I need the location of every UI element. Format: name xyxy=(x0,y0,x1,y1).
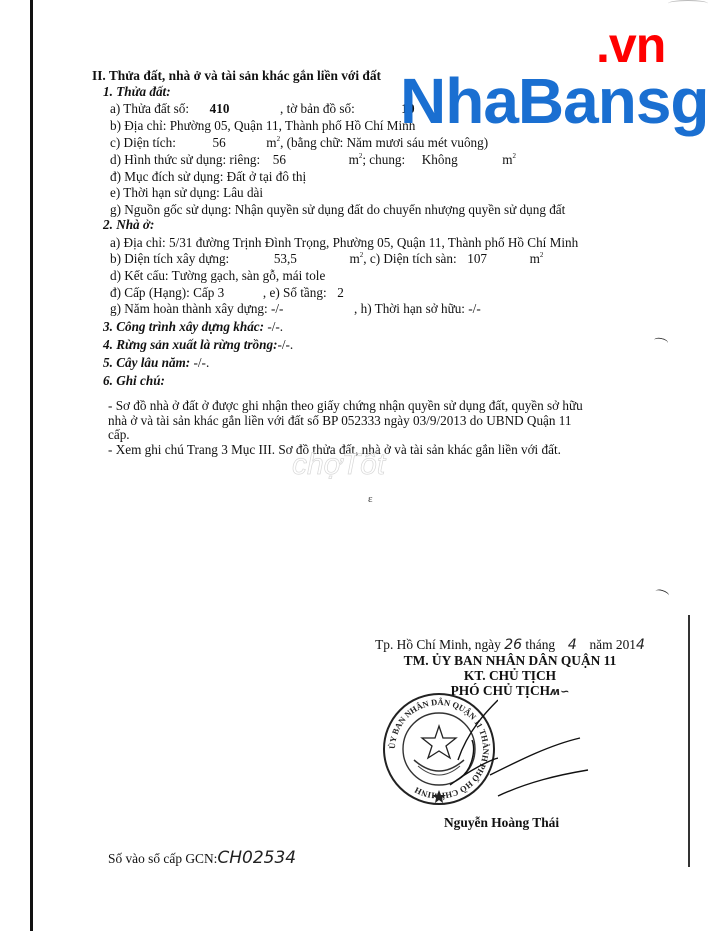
parcel-row: a) Thửa đất số: 410 , tờ bản đồ số: 10 xyxy=(110,101,415,117)
note-line: cấp. xyxy=(108,427,130,443)
usage-form-label: d) Hình thức sử dụng: riêng: xyxy=(110,152,260,167)
house-address: 5/31 đường Trịnh Đình Trọng, Phường 05, … xyxy=(169,235,578,250)
usage-unit: m xyxy=(349,152,359,167)
other-item-heading: 5. Cây lâu năm: xyxy=(103,355,190,370)
note-line: nhà ở và tài sản khác gắn liền với đất s… xyxy=(108,413,571,429)
floor-area-value: 107 xyxy=(467,251,487,266)
other-item-heading: 3. Công trình xây dựng khác: xyxy=(103,319,264,334)
origin-label: g) Nguồn gốc sử dụng: xyxy=(110,202,231,217)
origin-value: Nhận quyền sử dụng đất do chuyển nhượng … xyxy=(235,202,566,217)
origin-row: g) Nguồn gốc sử dụng: Nhận quyền sử dụng… xyxy=(110,202,565,218)
house-heading: 2. Nhà ở: xyxy=(103,217,154,233)
signature-date: Tp. Hồ Chí Minh, ngày 26 tháng 4 năm 201… xyxy=(340,637,680,653)
registry-row: Số vào sổ cấp GCN:CH02534 xyxy=(108,848,296,868)
signature-stroke-icon xyxy=(480,720,590,800)
structure-row: d) Kết cấu: Tường gạch, sàn gỗ, mái tole xyxy=(110,268,325,284)
land-address-label: b) Địa chỉ: xyxy=(110,118,166,133)
completion-row: g) Năm hoàn thành xây dựng: -/- , h) Thờ… xyxy=(110,301,481,317)
structure-value: Tường gạch, sàn gỗ, mái tole xyxy=(172,268,326,283)
other-item: 5. Cây lâu năm: -/-. xyxy=(103,355,209,371)
land-address: Phường 05, Quận 11, Thành phố Hồ Chí Min… xyxy=(170,118,416,133)
usage-shared-label: ; chung: xyxy=(362,152,405,167)
other-item-heading: 4. Rừng sản xuất là rừng trồng: xyxy=(103,337,277,352)
grade-row: đ) Cấp (Hạng): Cấp 3 , e) Số tầng: 2 xyxy=(110,285,344,301)
built-area-value: 53,5 xyxy=(274,251,297,266)
grade-value: Cấp 3 xyxy=(193,285,224,300)
signing-organization: TM. ỦY BAN NHÂN DÂN QUẬN 11 xyxy=(340,653,680,668)
year-label: năm 201 xyxy=(589,637,636,652)
brand-watermark: NhaBansg xyxy=(400,66,709,136)
area-in-words: , (bằng chữ: Năm mươi sáu mét vuông) xyxy=(280,135,488,150)
floor-area-label: , c) Diện tích sàn: xyxy=(363,251,456,266)
parcel-number: 410 xyxy=(210,101,230,116)
usage-shared-unit: m xyxy=(502,152,512,167)
term-row: e) Thời hạn sử dụng: Lâu dài xyxy=(110,185,263,201)
ownership-term-label: , h) Thời hạn sở hữu: xyxy=(354,301,465,316)
floors-value: 2 xyxy=(337,285,344,300)
built-area-row: b) Diện tích xây dựng: 53,5 m2, c) Diện … xyxy=(110,251,543,267)
completion-value: -/- xyxy=(271,301,283,316)
term-value: Lâu dài xyxy=(223,185,263,200)
signing-title-1: KT. CHỦ TỊCH xyxy=(340,668,680,683)
scan-mark xyxy=(668,0,708,7)
scan-mark xyxy=(654,588,669,599)
date-day: 26 xyxy=(504,637,522,653)
land-heading: 1. Thửa đất: xyxy=(103,84,171,100)
purpose-label: đ) Mục đích sử dụng: xyxy=(110,169,223,184)
date-year-hand: 4 xyxy=(636,637,645,653)
area-row: c) Diện tích: 56 m2, (bằng chữ: Năm mươi… xyxy=(110,135,488,151)
registry-number: CH02534 xyxy=(217,848,296,868)
purpose-row: đ) Mục đích sử dụng: Đất ở tại đô thị xyxy=(110,169,306,185)
brand-watermark-tld: .vn xyxy=(596,20,665,70)
note-line: - Sơ đồ nhà ở đất ở được ghi nhận theo g… xyxy=(108,398,583,414)
area-unit: m xyxy=(266,135,276,150)
notes-heading: 6. Ghi chú: xyxy=(103,373,165,389)
signer-name: Nguyễn Hoàng Thái xyxy=(444,815,559,831)
built-area-unit: m xyxy=(349,251,359,266)
registry-label: Số vào sổ cấp GCN: xyxy=(108,851,217,866)
section-title: II. Thửa đất, nhà ở và tài sản khác gắn … xyxy=(92,68,381,84)
date-prefix: Tp. Hồ Chí Minh, ngày xyxy=(375,637,501,652)
other-item: 3. Công trình xây dựng khác: -/-. xyxy=(103,319,283,335)
other-item-value: -/-. xyxy=(190,355,209,370)
structure-label: d) Kết cấu: xyxy=(110,268,169,283)
completion-label: g) Năm hoàn thành xây dựng: xyxy=(110,301,268,316)
house-address-row: a) Địa chỉ: 5/31 đường Trịnh Đình Trọng,… xyxy=(110,235,578,251)
other-item-value: -/-. xyxy=(277,337,293,352)
other-item: 4. Rừng sản xuất là rừng trồng:-/-. xyxy=(103,337,293,353)
built-area-label: b) Diện tích xây dựng: xyxy=(110,251,229,266)
right-margin-rule xyxy=(688,615,690,867)
parcel-label: a) Thửa đất số: xyxy=(110,101,189,116)
usage-form-row: d) Hình thức sử dụng: riêng: 56 m2; chun… xyxy=(110,152,516,168)
chotot-watermark: chợTốt xyxy=(292,448,385,482)
scan-mark xyxy=(653,337,668,347)
house-address-label: a) Địa chỉ: xyxy=(110,235,166,250)
area-label: c) Diện tích: xyxy=(110,135,176,150)
land-address-row: b) Địa chỉ: Phường 05, Quận 11, Thành ph… xyxy=(110,118,415,134)
month-label: tháng xyxy=(525,637,555,652)
ownership-term-value: -/- xyxy=(468,301,480,316)
map-sheet-label: , tờ bản đồ số: xyxy=(280,101,355,116)
area-value: 56 xyxy=(213,135,226,150)
floor-area-unit: m xyxy=(530,251,540,266)
floors-label: , e) Số tầng: xyxy=(263,285,327,300)
usage-shared-value: Không xyxy=(422,152,458,167)
date-month: 4 xyxy=(568,637,577,653)
other-item-value: -/-. xyxy=(264,319,283,334)
left-margin-rule xyxy=(30,0,33,931)
term-label: e) Thời hạn sử dụng: xyxy=(110,185,220,200)
usage-private-value: 56 xyxy=(273,152,286,167)
purpose-value: Đất ở tại đô thị xyxy=(227,169,307,184)
scan-speck: ε xyxy=(368,493,373,505)
grade-label: đ) Cấp (Hạng): xyxy=(110,285,190,300)
